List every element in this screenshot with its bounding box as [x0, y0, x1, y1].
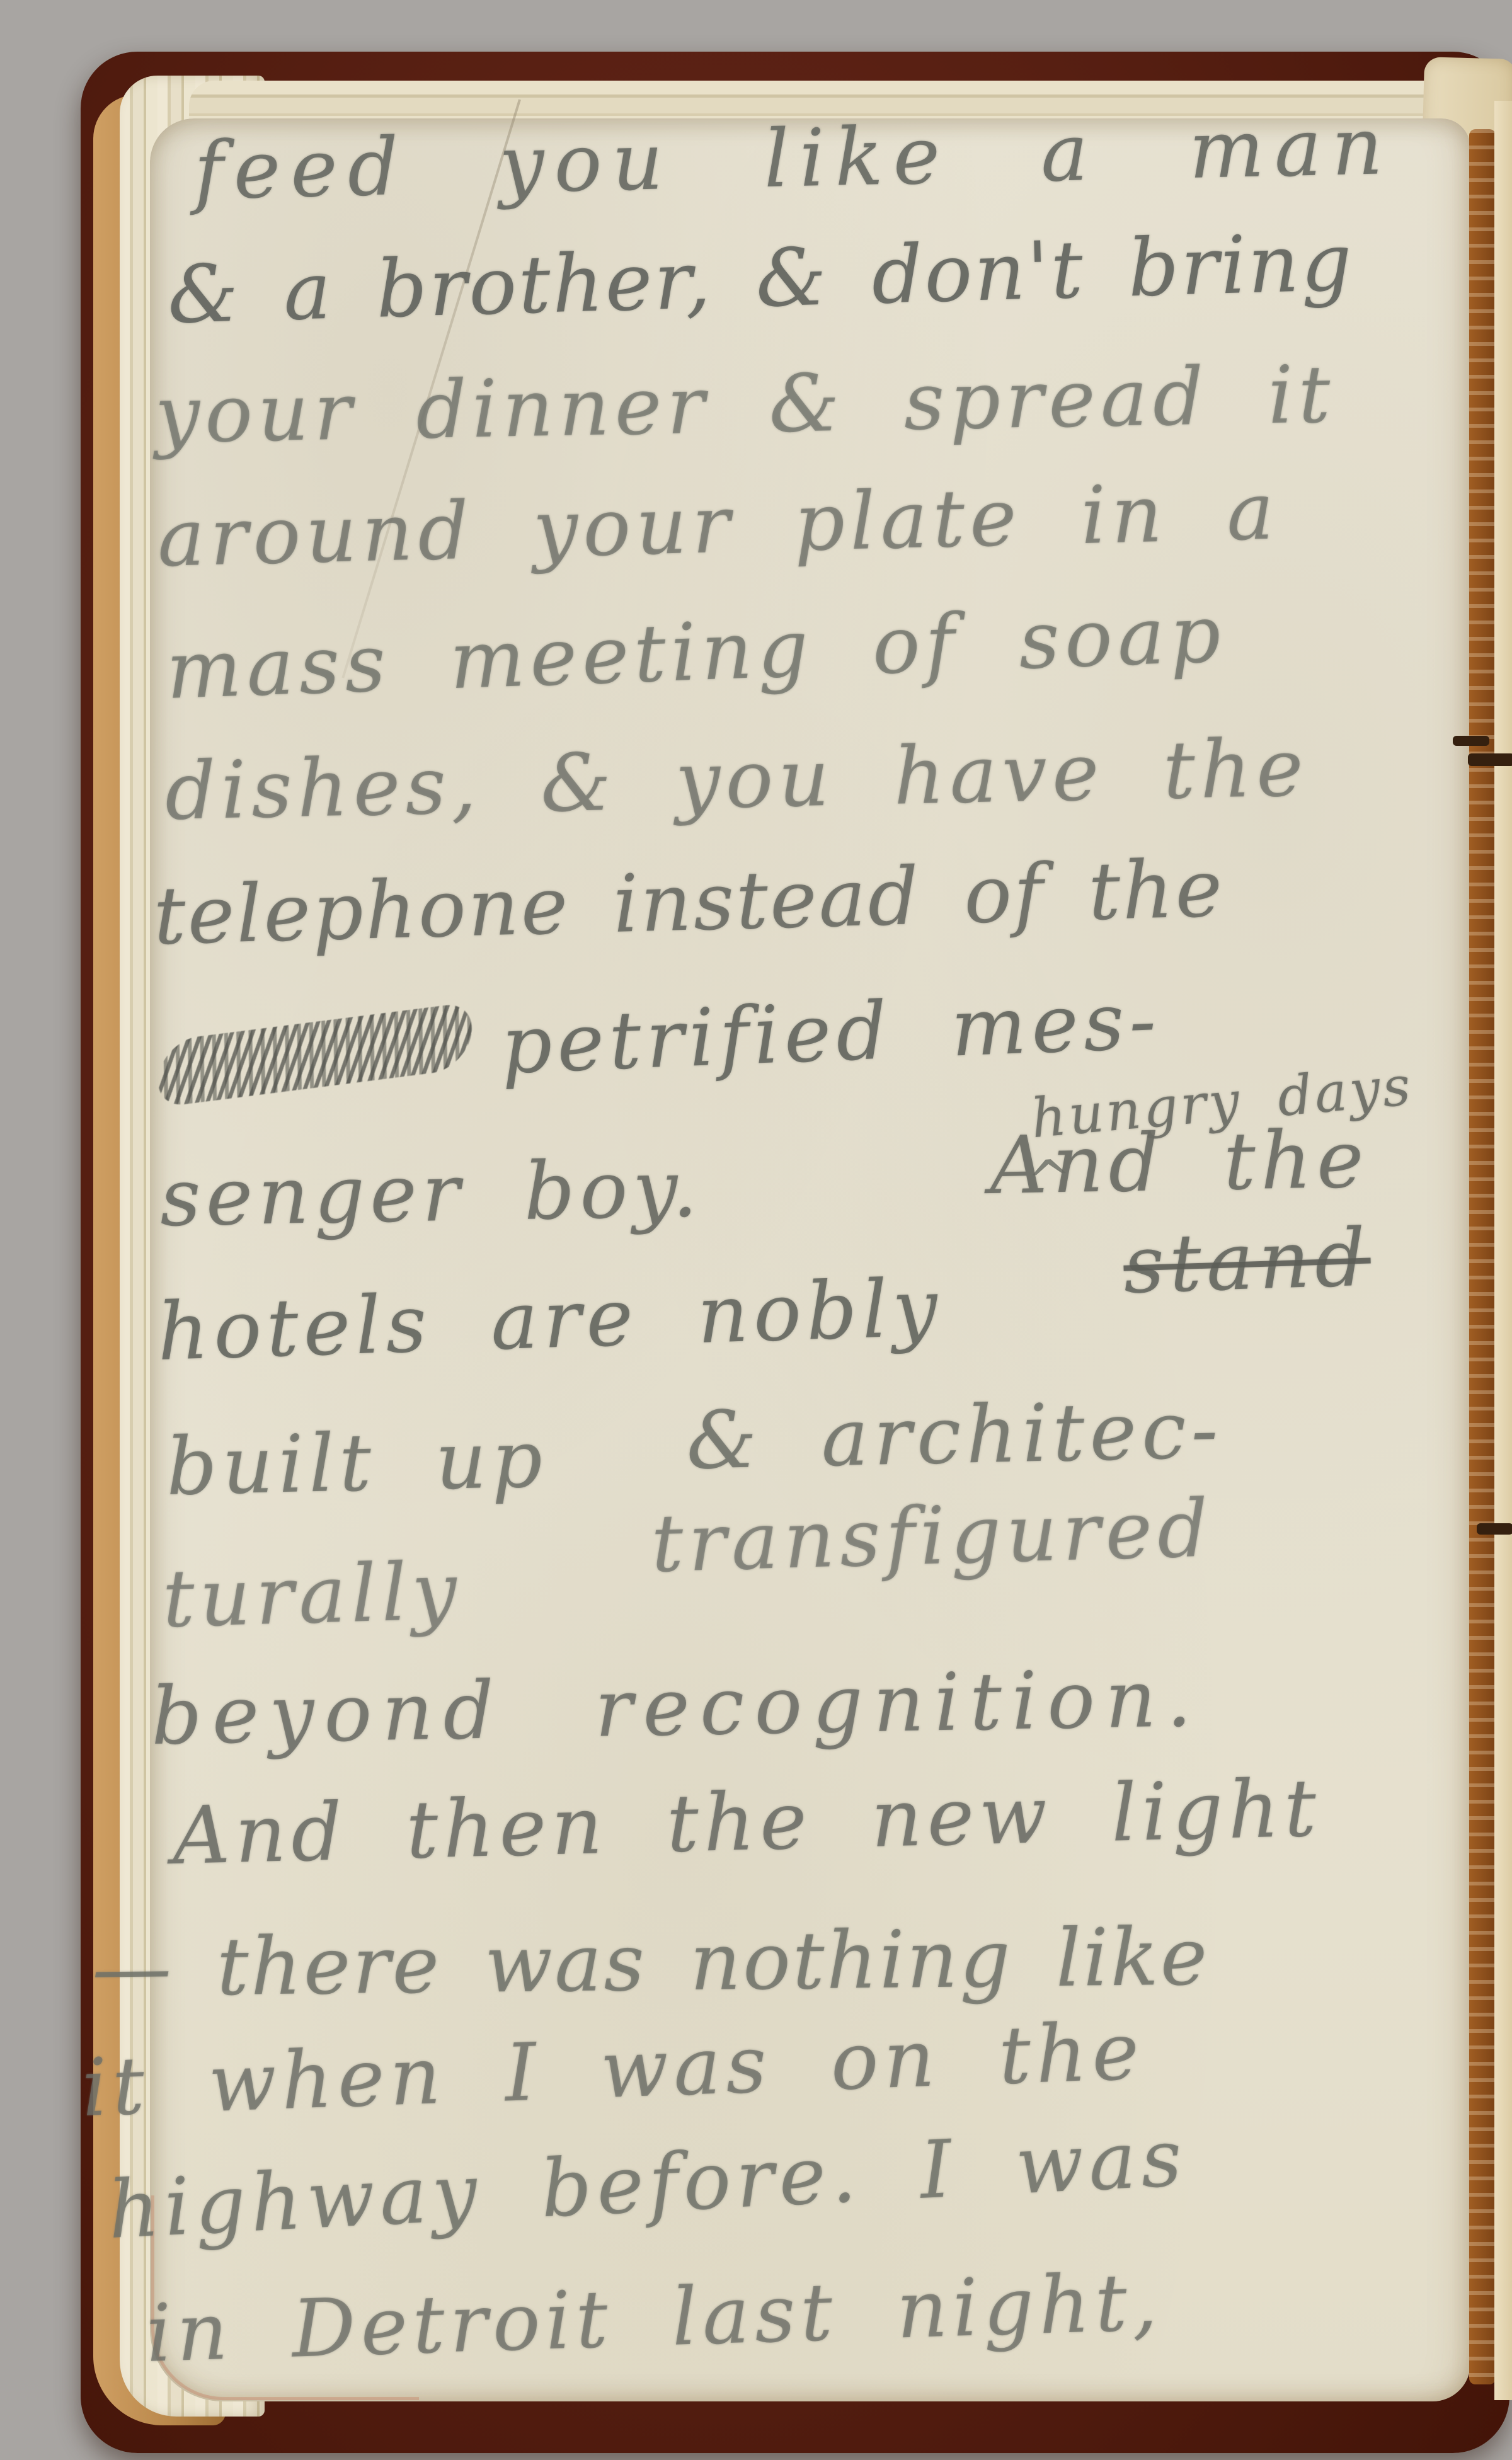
struck-word: stand — [1122, 1214, 1372, 1309]
notebook-scan: { "meta": { "description": "Scanned hand… — [0, 0, 1512, 2460]
handwriting-text: transfigured — [650, 1485, 1215, 1588]
scribbled-out-word — [152, 1001, 478, 1108]
handwriting-line: your dinner & spread it — [154, 351, 1336, 459]
handwriting-text: & a brother, & don't bring — [166, 219, 1354, 339]
handwriting-line: built up & architec- — [166, 1416, 549, 1511]
handwriting-line: telephone instead of the — [152, 845, 1225, 961]
handwriting-text: telephone instead of the — [152, 845, 1225, 961]
handwriting-line: hotels are nobly stand — [156, 1264, 944, 1376]
binding-gutter-endpaper — [1494, 101, 1512, 2400]
handwriting-text: And the — [989, 1116, 1370, 1210]
handwriting-text: built up — [166, 1416, 549, 1511]
handwriting-line: And then the new light — [171, 1765, 1322, 1880]
handwriting-text: petrified mes- — [500, 977, 1162, 1090]
handwriting-text: it when I was on the — [81, 2008, 1145, 2132]
handwriting-line: feed you like a man — [193, 103, 1394, 215]
handwriting-line: & a brother, & don't bring — [166, 219, 1354, 339]
handwriting-line: mass meeting of soap — [165, 590, 1227, 714]
handwriting-line: turally transfigured — [161, 1548, 463, 1644]
handwriting-text: — there was nothing like — [91, 1913, 1210, 2012]
handwriting-text: feed you like a man — [193, 103, 1394, 215]
binding-gutter-leather — [1469, 129, 1496, 2384]
handwriting-text: hotels are nobly — [156, 1264, 944, 1376]
handwriting-text: beyond recognition. — [151, 1655, 1203, 1761]
handwriting-line: petrified mes- — [156, 977, 1162, 1103]
handwriting-text: And then the new light — [171, 1765, 1322, 1880]
handwriting-line: it when I was on the — [81, 2008, 1145, 2132]
handwriting-line: — there was nothing like — [91, 1913, 1210, 2012]
handwriting-text: turally — [161, 1548, 463, 1644]
handwriting-line: highway before. I was — [106, 2114, 1189, 2254]
stitch-hole — [1477, 1523, 1512, 1535]
handwriting-line: around your plate in a — [156, 468, 1280, 583]
handwriting-text: highway before. I was — [106, 2114, 1189, 2254]
handwriting-text: your dinner & spread it — [154, 351, 1336, 459]
handwriting-line: senger boy. And the — [159, 1145, 703, 1242]
stitch-hole — [1468, 753, 1512, 766]
handwriting-text: & architec- — [685, 1387, 1224, 1485]
handwriting-line: beyond recognition. — [151, 1655, 1203, 1761]
stitch-hole — [1453, 736, 1489, 746]
handwriting-text: senger boy. — [159, 1145, 703, 1242]
handwriting-line: dishes, & you have the — [164, 724, 1309, 836]
notebook-page: feed you like a man & a brother, & don't… — [150, 118, 1470, 2401]
handwriting-text: dishes, & you have the — [164, 724, 1309, 836]
handwriting-text: around your plate in a — [156, 468, 1280, 583]
handwriting-text: mass meeting of soap — [165, 590, 1227, 714]
